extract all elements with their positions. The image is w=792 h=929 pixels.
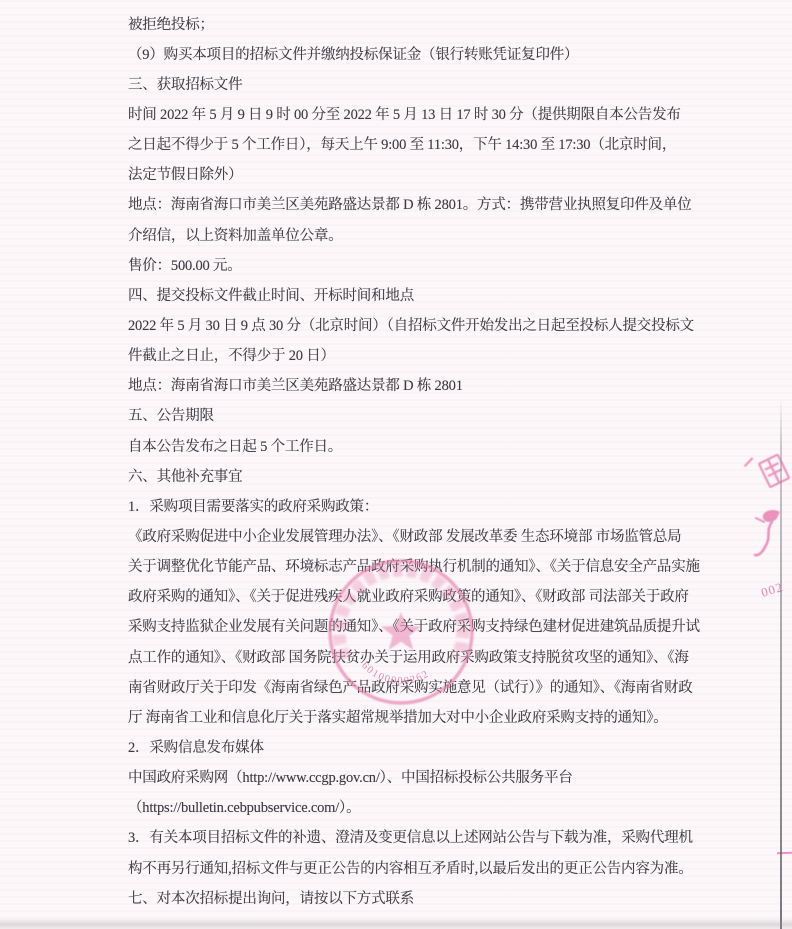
text-line: 中国政府采购网（http://www.ccgp.gov.cn/）、中国招标投标公… <box>128 762 728 792</box>
text-line: 四、提交投标文件截止时间、开标时间和地点 <box>128 279 728 309</box>
text-line: 《政府采购促进中小企业发展管理办法》、《财政部 发展改革委 生态环境部 市场监管… <box>128 520 728 550</box>
text-line: 点工作的通知》、《财政部 国务院扶贫办关于运用政府采购政策支持脱贫攻坚的通知》、… <box>128 641 728 671</box>
text-line: 1．采购项目需要落实的政府采购政策： <box>128 490 728 520</box>
scan-bottom-shadow <box>0 918 792 929</box>
text-line: 政府采购的通知》、《关于促进残疾人就业政府采购政策的通知》、《财政部 司法部关于… <box>128 581 728 611</box>
text-line: 2．采购信息发布媒体 <box>128 731 728 761</box>
text-line: 地点：海南省海口市美兰区美苑路盛达景都 D 栋 2801。方式：携带营业执照复印… <box>128 189 728 219</box>
text-line: （9）购买本项目的招标文件并缴纳投标保证金（银行转账凭证复印件） <box>128 38 728 68</box>
text-line: 售价：500.00 元。 <box>128 249 728 279</box>
text-line: 七、对本次招标提出询问，请按以下方式联系 <box>128 882 728 912</box>
scan-edge-line <box>780 398 782 929</box>
text-line: 厅 海南省工业和信息化厅关于落实超常规举措加大对中小企业政府采购支持的通知》。 <box>128 701 728 731</box>
scanned-document-page: 被拒绝投标； （9）购买本项目的招标文件并缴纳投标保证金（银行转账凭证复印件） … <box>0 0 792 929</box>
text-line: （https://bulletin.cebpubservice.com/）。 <box>128 792 728 822</box>
text-line: 关于调整优化节能产品、环境标志产品政府采购执行机制的通知》、《关于信息安全产品实… <box>128 551 728 581</box>
text-line: 件截止之日止，不得少于 20 日） <box>128 340 728 370</box>
text-line: 地点：海南省海口市美兰区美苑路盛达景都 D 栋 2801 <box>128 370 728 400</box>
text-line: 之日起不得少于 5 个工作日），每天上午 9:00 至 11:30，下午 14:… <box>128 129 728 159</box>
text-line: 三、获取招标文件 <box>128 68 728 98</box>
stamp-fragment-top <box>744 442 792 502</box>
text-line: 南省财政厅关于印发《海南省绿色产品政府采购实施意见（试行）》的通知》、《海南省财… <box>128 671 728 701</box>
text-line: 六、其他补充事宜 <box>128 460 728 490</box>
text-line: 时间 2022 年 5 月 9 日 9 时 00 分至 2022 年 5 月 1… <box>128 98 728 128</box>
text-line: 构不再另行通知,招标文件与更正公告的内容相互矛盾时,以最后发出的更正公告内容为准… <box>128 852 728 882</box>
text-line: 采购支持监狱企业发展有关问题的通知》、《关于政府采购支持绿色建材促进建筑品质提升… <box>128 611 728 641</box>
text-line: 2022 年 5 月 30 日 9 点 30 分（北京时间）（自招标文件开始发出… <box>128 309 728 339</box>
text-line: 法定节假日除外） <box>128 159 728 189</box>
text-line: 自本公告发布之日起 5 个工作日。 <box>128 430 728 460</box>
text-line: 介绍信，以上资料加盖单位公章。 <box>128 219 728 249</box>
stamp-fragment-squiggle <box>742 505 792 563</box>
text-line: 3．有关本项目招标文件的补遗、澄清及变更信息以上述网站公告与下载为准，采购代理机 <box>128 822 728 852</box>
text-line: 被拒绝投标； <box>128 8 728 38</box>
text-line: 五、公告期限 <box>128 400 728 430</box>
document-text: 被拒绝投标； （9）购买本项目的招标文件并缴纳投标保证金（银行转账凭证复印件） … <box>128 8 728 912</box>
